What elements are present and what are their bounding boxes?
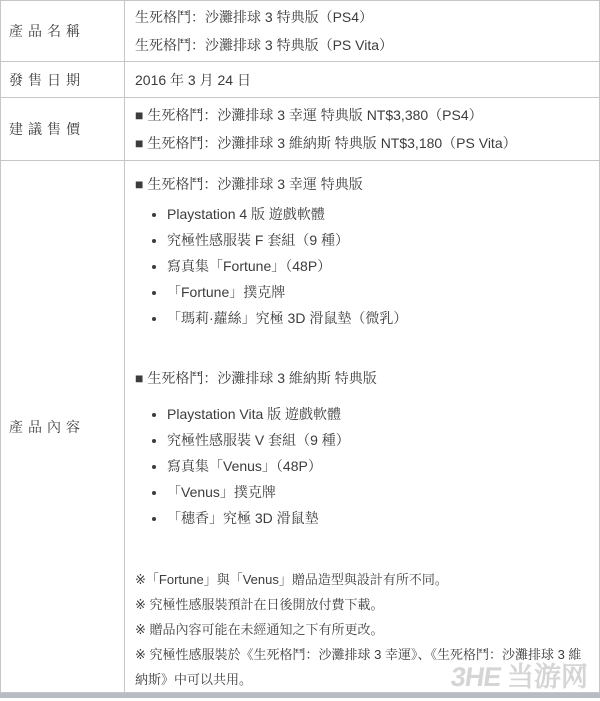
product-name-line-1: 生死格鬥：沙灘排球 3 特典版（PS4） (135, 3, 591, 31)
price-line-ps4: ■ 生死格鬥：沙灘排球 3 幸運 特典版 NT$3,380（PS4） (135, 101, 591, 129)
section-title-fortune-edition: ■ 生死格鬥：沙灘排球 3 幸運 特典版 (135, 175, 591, 193)
list-item: 「穗香」究極 3D 滑鼠墊 (167, 505, 591, 531)
list-item: 「Venus」撲克牌 (167, 479, 591, 505)
venus-edition-item-list: Playstation Vita 版 遊戲軟體 究極性感服裝 V 套組（9 種）… (135, 401, 591, 531)
list-item: 「Fortune」撲克牌 (167, 279, 591, 305)
row-label-product-contents: 產品內容 (1, 161, 125, 693)
table-row-product-name: 產品名稱 生死格鬥：沙灘排球 3 特典版（PS4） 生死格鬥：沙灘排球 3 特典… (1, 1, 600, 62)
row-label-product-name: 產品名稱 (1, 1, 125, 62)
watermark-logo: 3HE (449, 662, 503, 693)
list-item: Playstation 4 版 遊戲軟體 (167, 201, 591, 227)
price-line-psvita: ■ 生死格鬥：沙灘排球 3 維納斯 特典版 NT$3,180（PS Vita） (135, 129, 591, 157)
footnote: ※ 究極性感服裝預計在日後開放付費下載。 (135, 592, 591, 617)
list-item: 究極性感服裝 F 套組（9 種） (167, 227, 591, 253)
footnote: ※「Fortune」與「Venus」贈品造型與設計有所不同。 (135, 567, 591, 592)
product-name-line-2: 生死格鬥：沙灘排球 3 特典版（PS Vita） (135, 31, 591, 59)
row-label-suggested-price: 建議售價 (1, 98, 125, 161)
footnote: ※ 贈品內容可能在未經通知之下有所更改。 (135, 617, 591, 642)
row-label-release-date: 發售日期 (1, 62, 125, 98)
table-row-suggested-price: 建議售價 ■ 生死格鬥：沙灘排球 3 幸運 特典版 NT$3,380（PS4） … (1, 98, 600, 161)
site-watermark: 3HE当游网 (451, 655, 588, 694)
list-item: Playstation Vita 版 遊戲軟體 (167, 401, 591, 427)
list-item: 寫真集「Venus」（48P） (167, 453, 591, 479)
product-info-page: 產品名稱 生死格鬥：沙灘排球 3 特典版（PS4） 生死格鬥：沙灘排球 3 特典… (0, 0, 600, 701)
row-value-release-date: 2016 年 3 月 24 日 (125, 62, 600, 98)
row-value-suggested-price: ■ 生死格鬥：沙灘排球 3 幸運 特典版 NT$3,380（PS4） ■ 生死格… (125, 98, 600, 161)
row-value-product-contents: ■ 生死格鬥：沙灘排球 3 幸運 特典版 Playstation 4 版 遊戲軟… (125, 161, 600, 693)
fortune-edition-item-list: Playstation 4 版 遊戲軟體 究極性感服裝 F 套組（9 種） 寫真… (135, 201, 591, 331)
table-row-product-contents: 產品內容 ■ 生死格鬥：沙灘排球 3 幸運 特典版 Playstation 4 … (1, 161, 600, 693)
product-spec-table: 產品名稱 生死格鬥：沙灘排球 3 特典版（PS4） 生死格鬥：沙灘排球 3 特典… (0, 0, 600, 693)
row-value-product-name: 生死格鬥：沙灘排球 3 特典版（PS4） 生死格鬥：沙灘排球 3 特典版（PS … (125, 1, 600, 62)
list-item: 「瑪莉·蘿絲」究極 3D 滑鼠墊（微乳） (167, 305, 591, 331)
table-row-release-date: 發售日期 2016 年 3 月 24 日 (1, 62, 600, 98)
release-date-text: 2016 年 3 月 24 日 (135, 66, 591, 94)
section-title-venus-edition: ■ 生死格鬥：沙灘排球 3 維納斯 特典版 (135, 369, 591, 387)
list-item: 究極性感服裝 V 套組（9 種） (167, 427, 591, 453)
watermark-site-name: 当游网 (507, 662, 588, 692)
list-item: 寫真集「Fortune」（48P） (167, 253, 591, 279)
